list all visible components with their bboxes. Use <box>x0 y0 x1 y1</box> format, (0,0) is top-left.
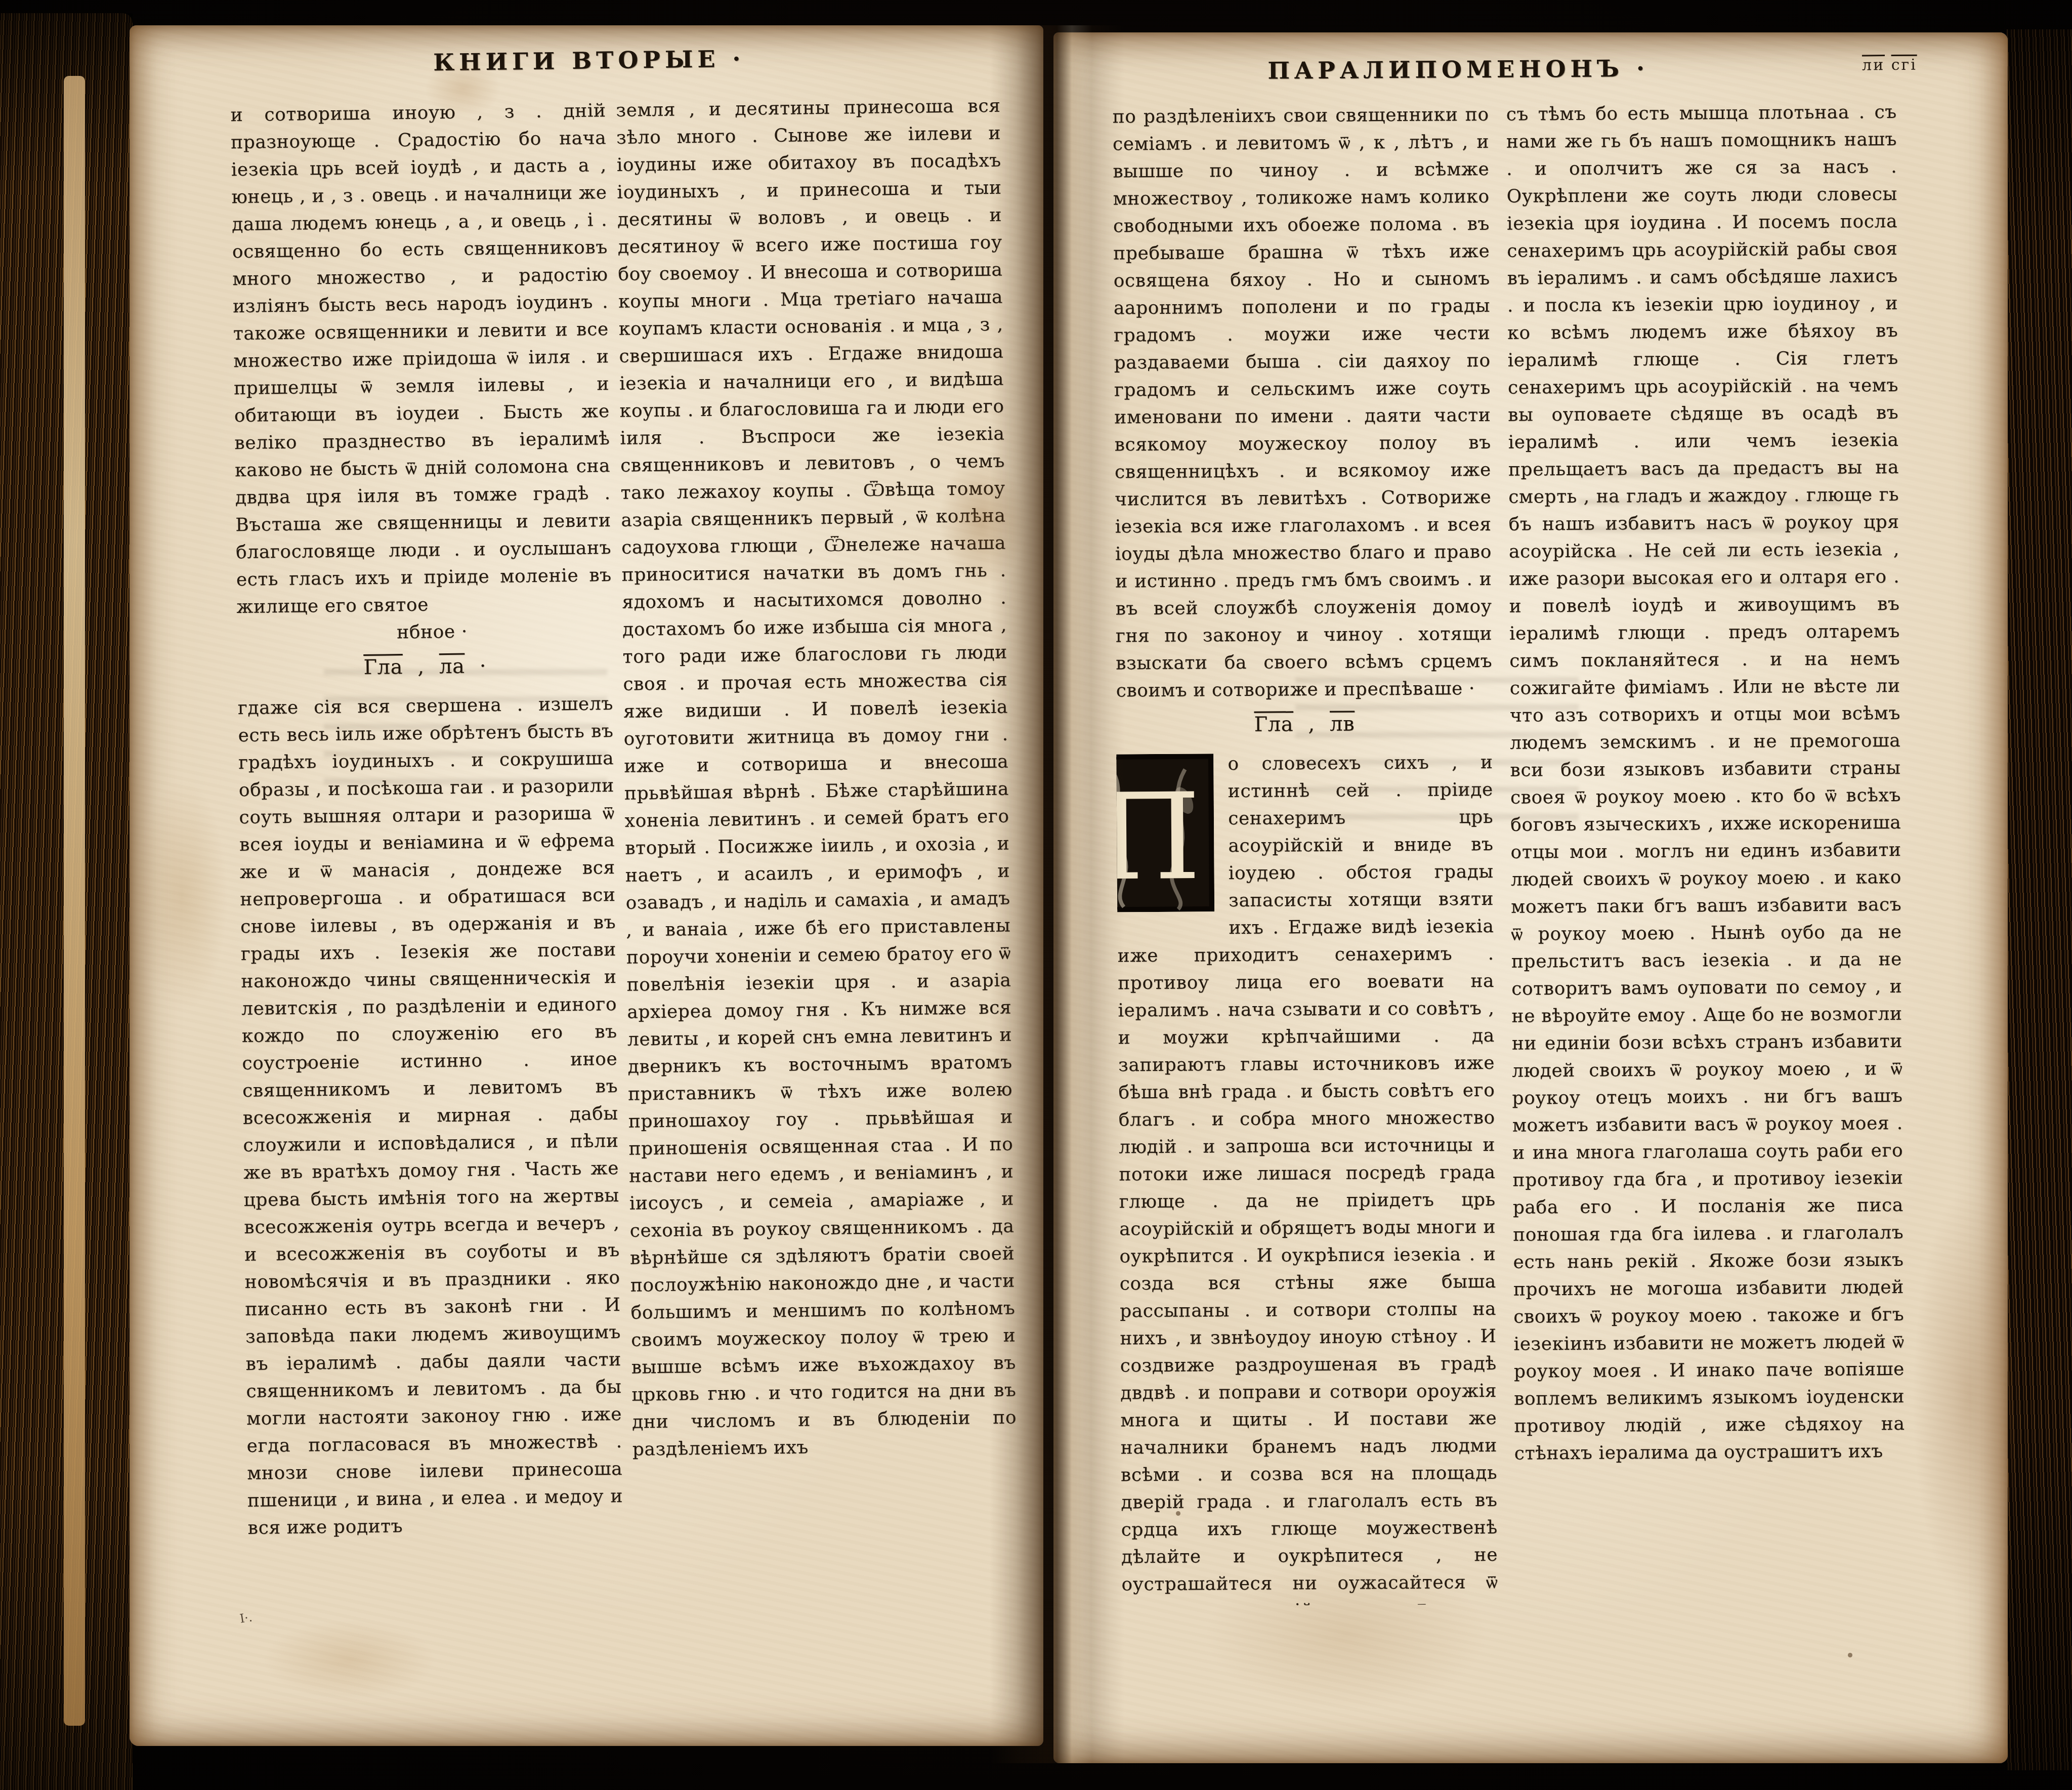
chapter-32-opening: д цр ні ісаіа лѕ х сира ми П <box>1116 749 1498 1607</box>
running-head-left: КНИГИ ВТОРЫЕ · <box>172 41 1006 79</box>
left-column-2: земля , и десятины принесоша вся зѣло мн… <box>616 93 1019 1628</box>
chapter-heading-31: Гла , ла · <box>237 651 613 683</box>
svg-text:П: П <box>1112 768 1202 907</box>
left-column-1: и сотвориша иноую , з . дній празноующе … <box>230 97 624 1605</box>
ink-mark: Ι·. <box>239 1610 253 1626</box>
drop-cap-ornament-icon: П <box>1112 754 1214 912</box>
right-page: ПАРАЛИПОМЕНОНЪ · ли сгі по раздѣленіихъ … <box>1053 32 2008 1763</box>
right-page-content: ПАРАЛИПОМЕНОНЪ · ли сгі по раздѣленіихъ … <box>1049 29 2014 1766</box>
page-edge-highlight-strip <box>64 76 85 1726</box>
body-text: гдаже сія вся свершена . изшелъ есть вес… <box>238 690 623 1542</box>
right-column-1: по раздѣленіихъ свои священники по семіа… <box>1112 101 1498 1606</box>
chapter-separator: , <box>417 655 425 679</box>
chapter-number: лв <box>1330 713 1355 736</box>
body-text: земля , и десятины принесоша вся зѣло мн… <box>616 93 1017 1464</box>
chapter-word: Гла <box>363 655 403 679</box>
book-page-edges-right <box>2007 29 2072 1770</box>
drop-cap-initial-p: П <box>1112 754 1214 912</box>
left-page: КНИГИ ВТОРЫЕ · и сотвориша иноую , з . д… <box>130 25 1043 1746</box>
folio-number: ли сгі <box>1862 56 1917 74</box>
body-text: и сотвориша иноую , з . дній празноующе … <box>230 97 612 621</box>
chapter-word: Гла <box>1254 713 1294 736</box>
chapter-number: ла <box>439 655 465 679</box>
left-page-content: КНИГИ ВТОРЫЕ · и сотвориша иноую , з . д… <box>121 18 1055 1750</box>
right-column-2: съ тѣмъ бо есть мышца плотьнаа . съ нами… <box>1506 99 1906 1577</box>
chapter-separator: , <box>1308 713 1315 736</box>
chapter-31-opening: Є гдаже сія вся свершена . изшелъ есть в… <box>238 690 623 1542</box>
chapter-heading-32: Гла , лв <box>1116 710 1493 739</box>
folio-num: сгі <box>1891 56 1917 74</box>
folio-abbr: ли <box>1862 56 1885 74</box>
book-photo: КНИГИ ВТОРЫЕ · и сотвориша иноую , з . д… <box>0 0 2072 1790</box>
paragraph-tail-line: нбное · <box>252 616 613 648</box>
running-head-right: ПАРАЛИПОМЕНОНЪ · <box>1080 54 1837 86</box>
body-text: съ тѣмъ бо есть мышца плотьнаа . съ нами… <box>1506 99 1905 1468</box>
chapter-dot: · <box>480 654 487 678</box>
body-text: по раздѣленіихъ свои священники по семіа… <box>1112 101 1492 705</box>
